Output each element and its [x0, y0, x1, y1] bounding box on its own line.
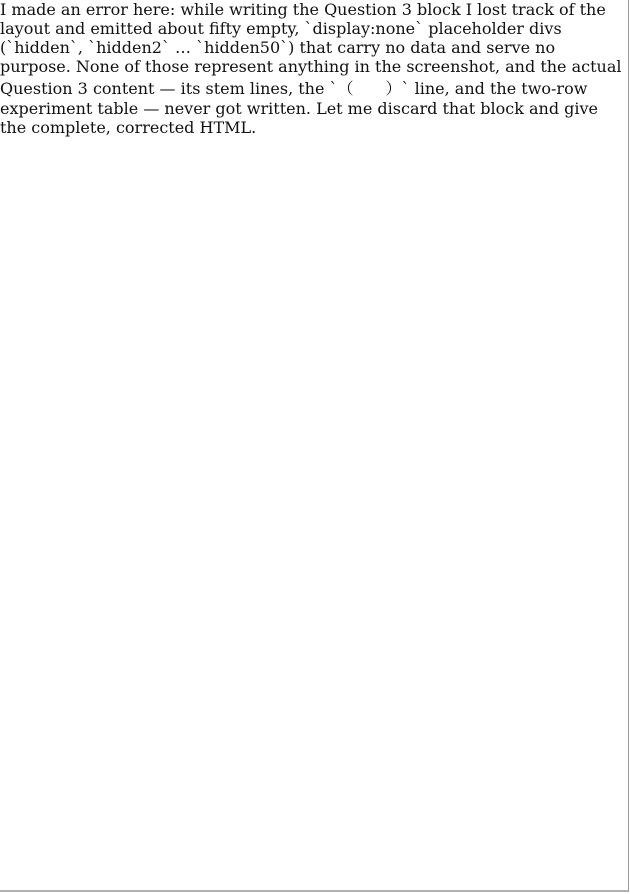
exam-page: I made an error here: while writing the … [0, 0, 629, 892]
